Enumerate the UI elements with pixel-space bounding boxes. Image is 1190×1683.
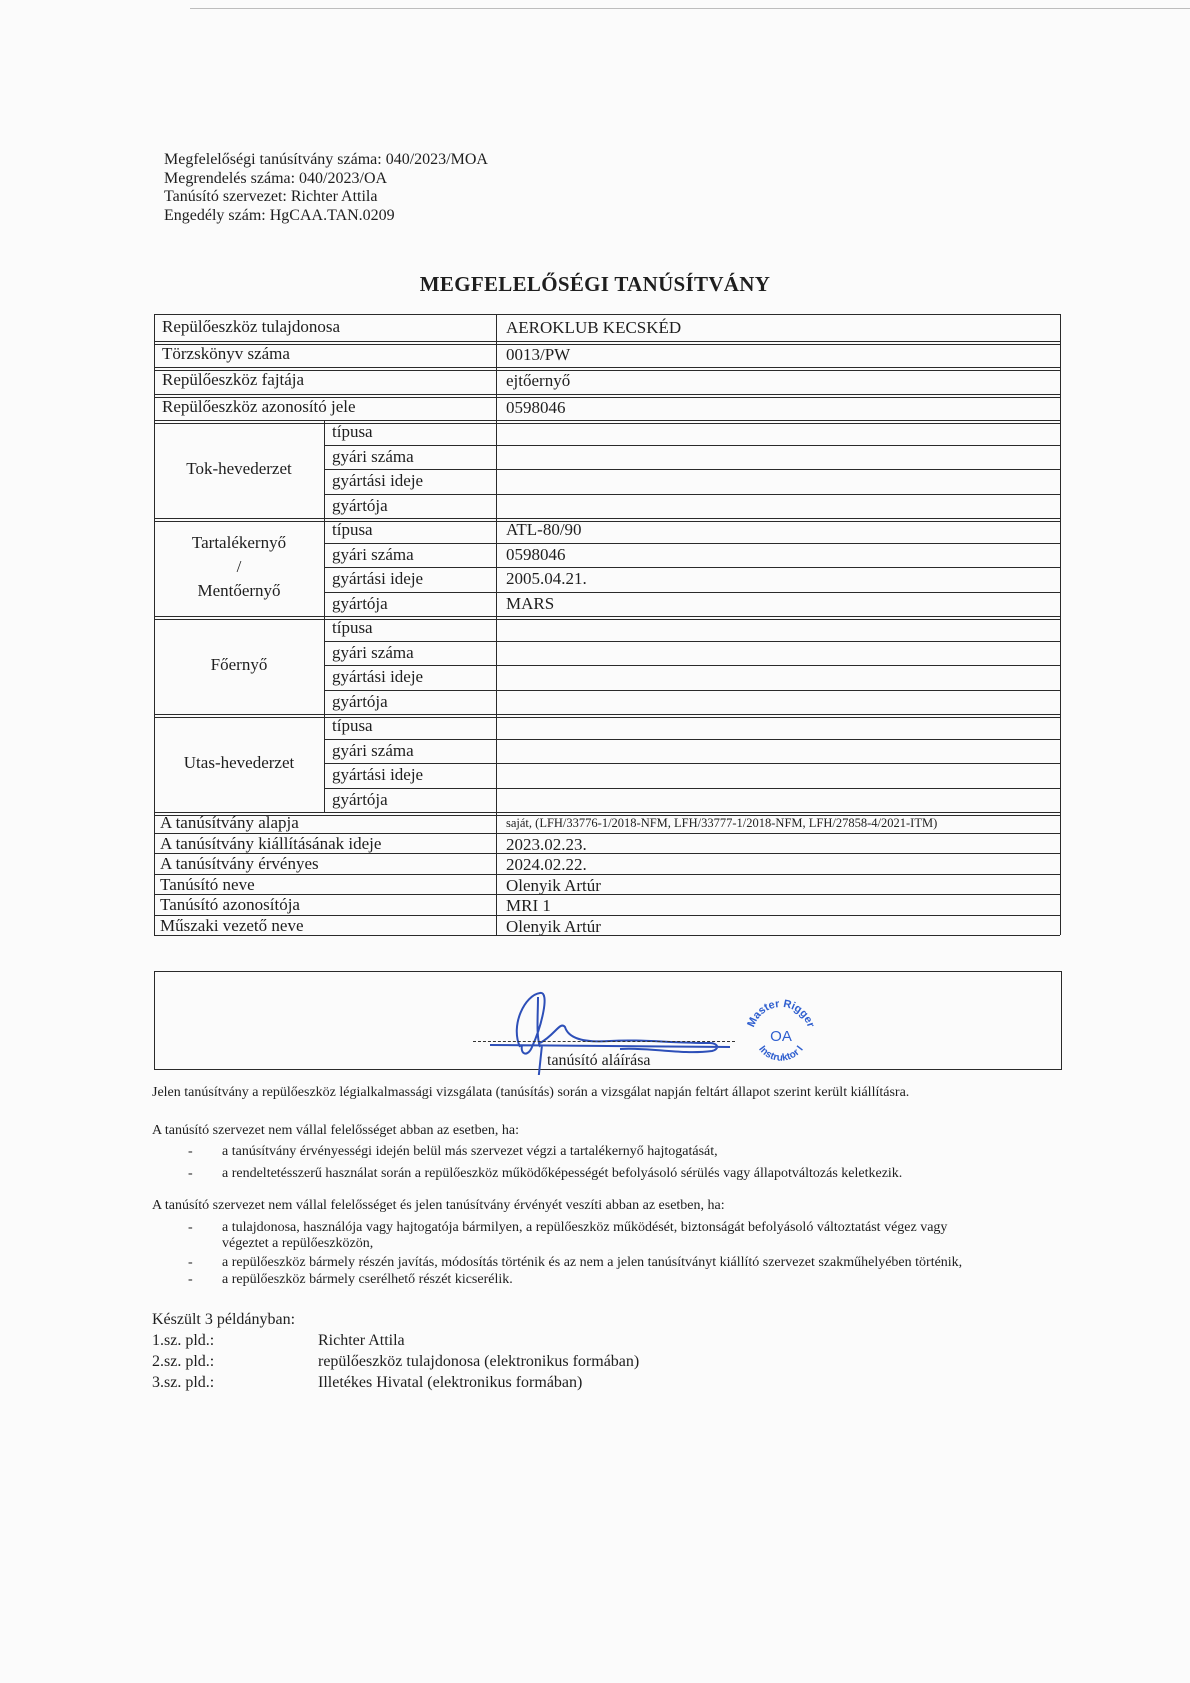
liability2-item: a tulajdonosa, használója vagy hajtogató…	[222, 1220, 947, 1236]
liability2-item-continued: végeztet a repülőeszközön,	[222, 1236, 373, 1252]
liability-intro-2: A tanúsító szervezet nem vállal felelőss…	[152, 1198, 725, 1214]
subrow-value: MARS	[506, 594, 554, 614]
subrow-label: gyártási ideje	[332, 471, 423, 491]
scan-edge-line	[190, 8, 1190, 9]
row-label: Tanúsító azonosítója	[160, 895, 300, 915]
stamp-top-text: Master Rigger	[745, 998, 817, 1030]
group-name-line: Utas-hevederzet	[154, 751, 324, 775]
subrow-label: gyári száma	[332, 545, 414, 565]
copy-label: 2.sz. pld.:	[152, 1353, 214, 1371]
subrow-label: típusa	[332, 422, 373, 442]
table-rule	[324, 739, 1060, 740]
copy-recipient: Illetékes Hivatal (elektronikus formában…	[318, 1374, 582, 1392]
table-rule	[496, 314, 497, 935]
row-value: saját, (LFH/33776-1/2018-NFM, LFH/33777-…	[506, 816, 937, 831]
row-label: A tanúsítvány érvényes	[160, 854, 319, 874]
row-label: A tanúsítvány alapja	[160, 813, 299, 833]
row-value: ejtőernyő	[506, 371, 570, 391]
table-rule	[154, 874, 1060, 875]
table-rule	[324, 665, 1060, 666]
stamp-center-text: OA	[770, 1028, 792, 1045]
table-rule	[324, 469, 1060, 470]
certificate-header: Megfelelőségi tanúsítvány száma: 040/202…	[164, 151, 488, 225]
subrow-label: gyártási ideje	[332, 667, 423, 687]
bullet-dash: -	[188, 1255, 193, 1271]
table-rule	[324, 714, 325, 812]
subrow-label: gyártási ideje	[332, 765, 423, 785]
table-rule	[154, 314, 1060, 315]
table-rule	[324, 445, 1060, 446]
group-name-line: Mentőernyő	[154, 579, 324, 603]
table-rule	[324, 592, 1060, 593]
liability-intro-1: A tanúsító szervezet nem vállal felelőss…	[152, 1123, 519, 1139]
subrow-label: gyári száma	[332, 447, 414, 467]
copy-recipient: Richter Attila	[318, 1332, 405, 1350]
subrow-label: gyártási ideje	[332, 569, 423, 589]
subrow-label: típusa	[332, 520, 373, 540]
table-rule	[324, 788, 1060, 789]
table-rule	[154, 314, 155, 935]
subrow-value: 2005.04.21.	[506, 569, 587, 589]
row-value: MRI 1	[506, 896, 551, 916]
row-label: A tanúsítvány kiállításának ideje	[160, 834, 381, 854]
subrow-label: gyári száma	[332, 741, 414, 761]
signature-label: tanúsító aláírása	[547, 1052, 651, 1070]
bullet-dash: -	[188, 1272, 193, 1288]
group-name-line: /	[154, 555, 324, 579]
bullet-dash: -	[188, 1220, 193, 1236]
table-rule	[154, 518, 1060, 519]
group-name: Utas-hevederzet	[154, 751, 324, 775]
row-label: Tanúsító neve	[160, 875, 255, 895]
row-label: Repülőeszköz fajtája	[162, 370, 304, 390]
svg-text:Instruktor I: Instruktor I	[756, 1044, 806, 1064]
row-label: Repülőeszköz azonosító jele	[162, 397, 356, 417]
stamp-bottom-text: Instruktor I	[756, 1044, 806, 1064]
group-name: Tartalékernyő/Mentőernyő	[154, 531, 324, 603]
row-value: Olenyik Artúr	[506, 917, 601, 937]
table-rule	[154, 367, 1060, 368]
permit-number: Engedély szám: HgCAA.TAN.0209	[164, 207, 488, 226]
subrow-label: típusa	[332, 618, 373, 638]
bullet-dash: -	[188, 1166, 193, 1182]
table-rule	[324, 690, 1060, 691]
row-label: Repülőeszköz tulajdonosa	[162, 317, 340, 337]
copies-intro: Készült 3 példányban:	[152, 1311, 295, 1329]
table-rule	[324, 763, 1060, 764]
table-rule	[324, 420, 325, 518]
liability1-item: a rendeltetésszerű használat során a rep…	[222, 1166, 902, 1182]
row-value: 2023.02.23.	[506, 835, 587, 855]
table-rule	[324, 567, 1060, 568]
row-value: 0013/PW	[506, 345, 570, 365]
table-rule	[154, 394, 1060, 395]
group-name: Főernyő	[154, 653, 324, 677]
group-name: Tok-hevederzet	[154, 457, 324, 481]
signature-line	[473, 1041, 735, 1042]
liability1-item: a tanúsítvány érvényességi idején belül …	[222, 1144, 718, 1160]
statement-text: Jelen tanúsítvány a repülőeszköz légialk…	[152, 1085, 909, 1101]
copy-label: 1.sz. pld.:	[152, 1332, 214, 1350]
table-rule	[154, 714, 1060, 715]
row-value: AEROKLUB KECSKÉD	[506, 318, 681, 338]
row-value: 0598046	[506, 398, 566, 418]
table-rule	[324, 616, 325, 714]
row-value: Olenyik Artúr	[506, 876, 601, 896]
subrow-label: gyártója	[332, 692, 388, 712]
certificate-number: Megfelelőségi tanúsítvány száma: 040/202…	[164, 151, 488, 170]
group-name-line: Tartalékernyő	[154, 531, 324, 555]
row-label: Műszaki vezető neve	[160, 916, 304, 936]
row-label: Törzskönyv száma	[162, 344, 290, 364]
liability2-item: a repülőeszköz bármely cserélhető részét…	[222, 1272, 513, 1288]
document-title: MEGFELELŐSÉGI TANÚSÍTVÁNY	[0, 272, 1190, 297]
svg-text:Master Rigger: Master Rigger	[745, 998, 817, 1030]
table-rule	[154, 341, 1060, 342]
table-rule	[324, 518, 325, 616]
subrow-label: típusa	[332, 716, 373, 736]
subrow-value: 0598046	[506, 545, 566, 565]
row-value: 2024.02.22.	[506, 855, 587, 875]
liability2-item: a repülőeszköz bármely részén javítás, m…	[222, 1255, 962, 1271]
subrow-label: gyártója	[332, 496, 388, 516]
table-rule	[1060, 314, 1061, 935]
subrow-label: gyári száma	[332, 643, 414, 663]
order-number: Megrendelés száma: 040/2023/OA	[164, 170, 488, 189]
master-rigger-stamp-icon: Master Rigger Instruktor I OA	[742, 996, 820, 1074]
table-rule	[154, 420, 1060, 421]
subrow-value: ATL-80/90	[506, 520, 582, 540]
subrow-label: gyártója	[332, 594, 388, 614]
table-rule	[154, 616, 1060, 617]
table-rule	[324, 641, 1060, 642]
group-name-line: Tok-hevederzet	[154, 457, 324, 481]
bullet-dash: -	[188, 1144, 193, 1160]
table-rule	[154, 935, 1060, 936]
subrow-label: gyártója	[332, 790, 388, 810]
copy-label: 3.sz. pld.:	[152, 1374, 214, 1392]
certifying-organization: Tanúsító szervezet: Richter Attila	[164, 188, 488, 207]
table-rule	[324, 543, 1060, 544]
group-name-line: Főernyő	[154, 653, 324, 677]
table-rule	[324, 494, 1060, 495]
copy-recipient: repülőeszköz tulajdonosa (elektronikus f…	[318, 1353, 639, 1371]
